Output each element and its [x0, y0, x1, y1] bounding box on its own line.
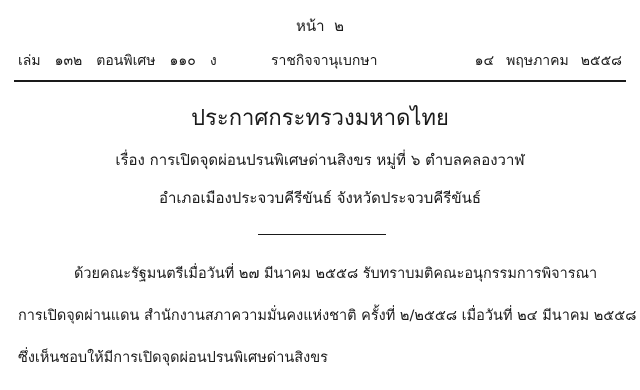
header-divider [14, 80, 626, 82]
body-line-1: ด้วยคณะรัฐมนตรีเมื่อวันที่ ๒๗ มีนาคม ๒๕๕… [74, 262, 640, 285]
body-line-3: ซึ่งเห็นชอบให้มีการเปิดจุดผ่อนปรนพิเศษด่… [18, 346, 628, 369]
title-divider [258, 234, 386, 235]
subject-line-1: เรื่อง การเปิดจุดผ่อนปรนพิเศษด่านสิงขร ห… [0, 148, 640, 172]
page-value: ๒ [334, 17, 344, 35]
page-number: หน้า ๒ [0, 14, 640, 38]
gazette-name: ราชกิจจานุเบกษา [271, 50, 377, 72]
date-day: ๑๔ [475, 53, 494, 69]
subject-line-2: อำเภอเมืองประจวบคีรีขันธ์ จังหวัดประจวบค… [0, 186, 640, 210]
body-line-2: การเปิดจุดผ่านแดน สำนักงานสภาความมั่นคงแ… [18, 304, 628, 327]
section-suffix: ง [210, 53, 217, 69]
volume-info: เล่ม๑๓๒ตอนพิเศษ๑๑๐ง [18, 50, 231, 72]
publication-date: ๑๔พฤษภาคม๒๕๕๘ [463, 50, 622, 72]
volume-label: เล่ม [18, 53, 41, 69]
document-title: ประกาศกระทรวงมหาดไทย [0, 100, 640, 135]
section-number: ๑๑๐ [169, 53, 195, 69]
page-label: หน้า [296, 17, 325, 35]
date-month: พฤษภาคม [506, 53, 569, 69]
date-year: ๒๕๕๘ [581, 53, 622, 69]
volume-number: ๑๓๒ [55, 53, 83, 69]
section-label: ตอนพิเศษ [96, 53, 155, 69]
